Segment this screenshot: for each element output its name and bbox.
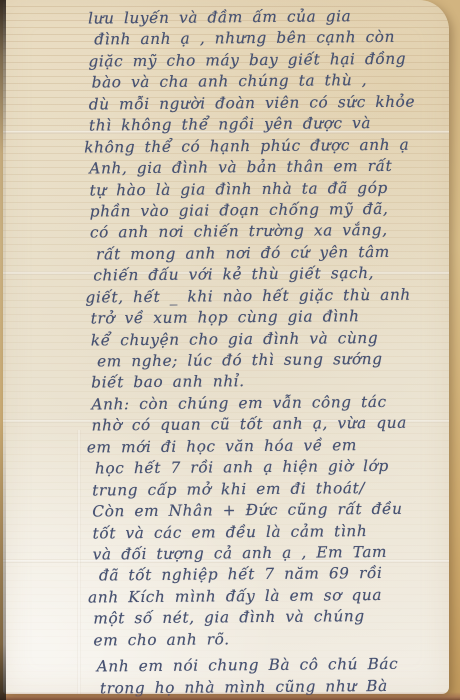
letter-line: tốt và các em đều là cảm tình bbox=[92, 520, 430, 544]
handwritten-text-block: lưu luyến và đầm ấm của giađình anh ạ , … bbox=[88, 6, 432, 700]
letter-line: có anh nơi chiến trường xa vắng, bbox=[90, 220, 428, 244]
photo-bottom-edge bbox=[0, 692, 460, 700]
letter-line: đã tốt nghiệp hết 7 năm 69 rồi bbox=[99, 563, 431, 587]
letter-line: học hết 7 rồi anh ạ hiện giờ lớp bbox=[95, 456, 430, 480]
letter-photograph: lưu luyến và đầm ấm của giađình anh ạ , … bbox=[0, 0, 460, 700]
letter-line: Anh, gia đình và bản thân em rất bbox=[89, 156, 427, 180]
vertical-fold-crease bbox=[77, 430, 81, 694]
letter-line: một số nét, gia đình và chúng bbox=[93, 606, 431, 630]
letter-paper: lưu luyến và đầm ấm của giađình anh ạ , … bbox=[3, 0, 449, 694]
letter-line: nhờ có quan cũ tốt anh ạ, vừa qua bbox=[92, 413, 430, 437]
letter-line: đình anh ạ , nhưng bên cạnh còn bbox=[94, 27, 426, 51]
letter-line: trung cấp mở khi em đi thoát/ bbox=[92, 477, 430, 501]
letter-line: phần vào giai đoạn chống mỹ đã, bbox=[90, 198, 428, 222]
letter-line: kể chuyện cho gia đình và cùng bbox=[91, 327, 429, 351]
letter-line: giết, hết _ khi nào hết giặc thù anh bbox=[85, 284, 428, 308]
letter-line: Còn em Nhân + Đức cũng rất đều bbox=[92, 499, 430, 523]
letter-line: tự hào là gia đình nhà ta đã góp bbox=[89, 177, 427, 201]
letter-line: lưu luyến và đầm ấm của gia bbox=[88, 6, 426, 30]
letter-line: Anh: còn chúng em vẫn công tác bbox=[91, 391, 429, 415]
letter-line: giặc mỹ cho máy bay giết hại đồng bbox=[88, 48, 426, 72]
letter-line: anh Kích mình đấy là em sơ qua bbox=[88, 584, 431, 608]
letter-line: và đối tượng cả anh ạ , Em Tam bbox=[93, 541, 431, 565]
letter-line: chiến đấu với kẻ thù giết sạch, bbox=[93, 263, 428, 287]
letter-line: em cho anh rõ. bbox=[93, 627, 431, 651]
letter-line: em mới đi học văn hóa về em bbox=[87, 434, 430, 458]
photo-left-edge bbox=[0, 0, 6, 700]
letter-line: không thể có hạnh phúc được anh ạ bbox=[84, 134, 427, 158]
letter-line: rất mong anh nơi đó cứ yên tâm bbox=[96, 241, 428, 265]
letter-line: dù mỗi người đoàn viên có sức khỏe bbox=[89, 91, 427, 115]
letter-line: trở về xum họp cùng gia đình bbox=[91, 306, 429, 330]
letter-line: em nghe; lúc đó thì sung sướng bbox=[97, 349, 429, 373]
letter-line: Anh em nói chung Bà cô chú Bác bbox=[97, 654, 432, 678]
letter-line: biết bao anh nhỉ. bbox=[91, 370, 429, 394]
letter-line: bào và cha anh chúng ta thù , bbox=[92, 70, 427, 94]
letter-line: thì không thể ngồi yên được và bbox=[89, 113, 427, 137]
